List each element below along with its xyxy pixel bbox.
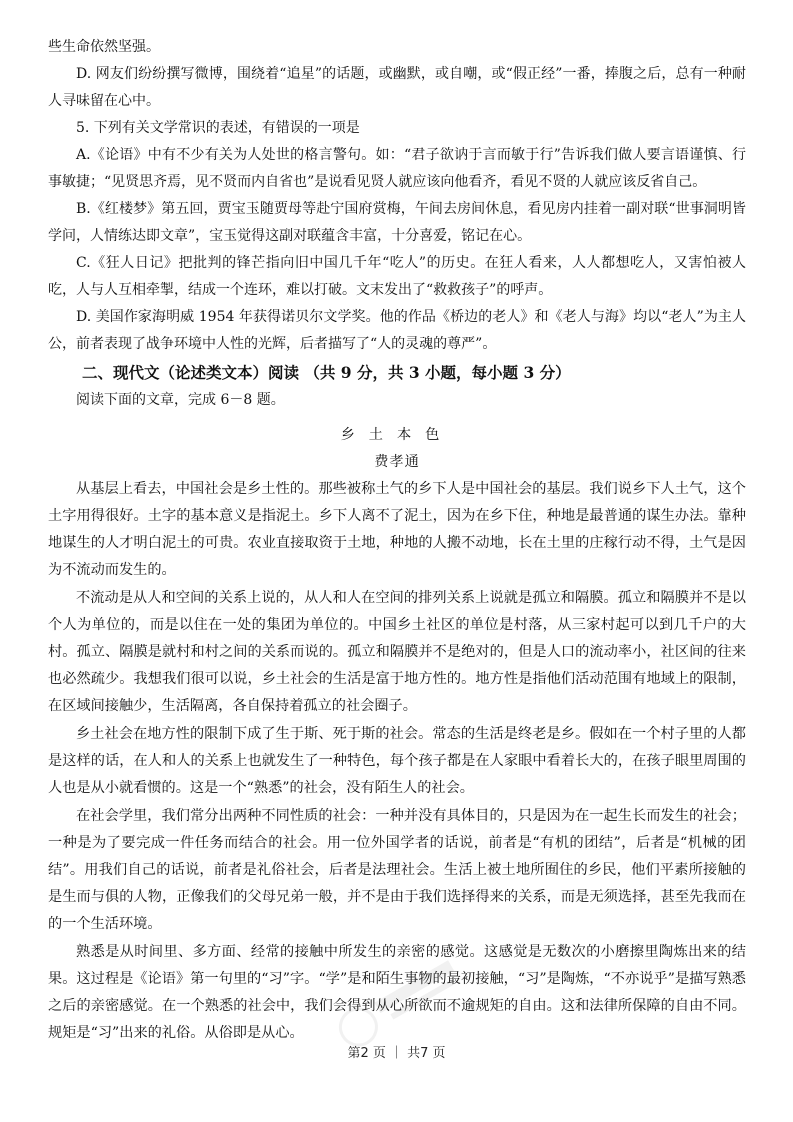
question-5-option-c: C.《狂人日记》把批判的锋芒指向旧中国几千年“吃人”的历史。在狂人看来，人人都想… bbox=[48, 250, 746, 304]
article-paragraph-2: 不流动是从人和空间的关系上说的，从人和人在空间的排列关系上说就是孤立和隔膜。孤立… bbox=[48, 585, 746, 720]
article-author: 费孝通 bbox=[48, 449, 746, 476]
question-5-stem: 5. 下列有关文学常识的表述，有错误的一项是 bbox=[48, 115, 746, 142]
page-content: 些生命依然坚强。 D. 网友们纷纷撰写微博，围绕着“追星”的话题，或幽默，或自嘲… bbox=[48, 34, 746, 1047]
article-paragraph-3: 乡土社会在地方性的限制下成了生于斯、死于斯的社会。常态的生活是终老是乡。假如在一… bbox=[48, 721, 746, 802]
article-paragraph-1: 从基层上看去，中国社会是乡土性的。那些被称土气的乡下人是中国社会的基层。我们说乡… bbox=[48, 476, 746, 584]
article-paragraph-4: 在社会学里，我们常分出两种不同性质的社会：一种并没有具体目的，只是因为在一起生长… bbox=[48, 803, 746, 938]
article-title: 乡土本色 bbox=[48, 422, 746, 449]
section-2-title: 二、现代文（论述类文本）阅读 （共 9 分，共 3 小题，每小题 3 分） bbox=[82, 359, 746, 387]
continuation-line: 些生命依然坚强。 bbox=[48, 34, 746, 61]
question-5-option-a: A.《论语》中有不少有关为人处世的格言警句。如：“君子欲讷于言而敏于行”告诉我们… bbox=[48, 142, 746, 196]
document-page: 些生命依然坚强。 D. 网友们纷纷撰写微博，围绕着“追星”的话题，或幽默，或自嘲… bbox=[0, 0, 793, 1122]
question-5-option-d: D. 美国作家海明威 1954 年获得诺贝尔文学奖。他的作品《桥边的老人》和《老… bbox=[48, 304, 746, 358]
q4-option-d: D. 网友们纷纷撰写微博，围绕着“追星”的话题，或幽默，或自嘲，或“假正经”一番… bbox=[48, 61, 746, 115]
article-paragraph-5: 熟悉是从时间里、多方面、经常的接触中所发生的亲密的感觉。这感觉是无数次的小磨擦里… bbox=[48, 939, 746, 1047]
article: 乡土本色 费孝通 从基层上看去，中国社会是乡土性的。那些被称土气的乡下人是中国社… bbox=[48, 422, 746, 1047]
section-2-instruction: 阅读下面的文章，完成 6－8 题。 bbox=[48, 387, 746, 414]
question-5-option-b: B.《红楼梦》第五回，贾宝玉随贾母等赴宁国府赏梅，午间去房间休息，看见房内挂着一… bbox=[48, 196, 746, 250]
page-footer: 第2 页 ｜ 共7 页 bbox=[0, 1042, 793, 1061]
